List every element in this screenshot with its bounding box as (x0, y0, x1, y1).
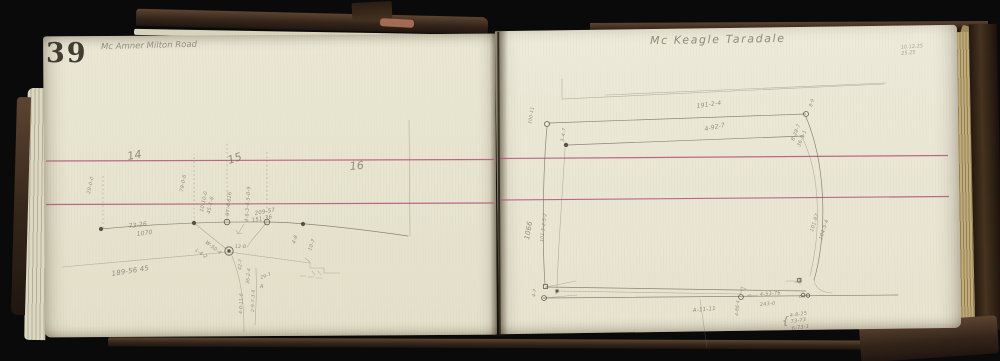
corner-date-note: 10.12.25 25.25 (901, 43, 924, 57)
cover-right-edge (969, 24, 1000, 331)
page-number: 39 (46, 38, 88, 69)
right-page-heading: Mc Keagle Taradale (650, 32, 786, 47)
cover-bottom-edge (108, 337, 884, 349)
right-page (495, 25, 961, 334)
scanned-notebook-spread: 39 Mc Amner Milton Road Mc Keagle Tarada… (0, 0, 1000, 361)
left-page (43, 34, 497, 338)
cover-tear-mark (380, 18, 414, 28)
